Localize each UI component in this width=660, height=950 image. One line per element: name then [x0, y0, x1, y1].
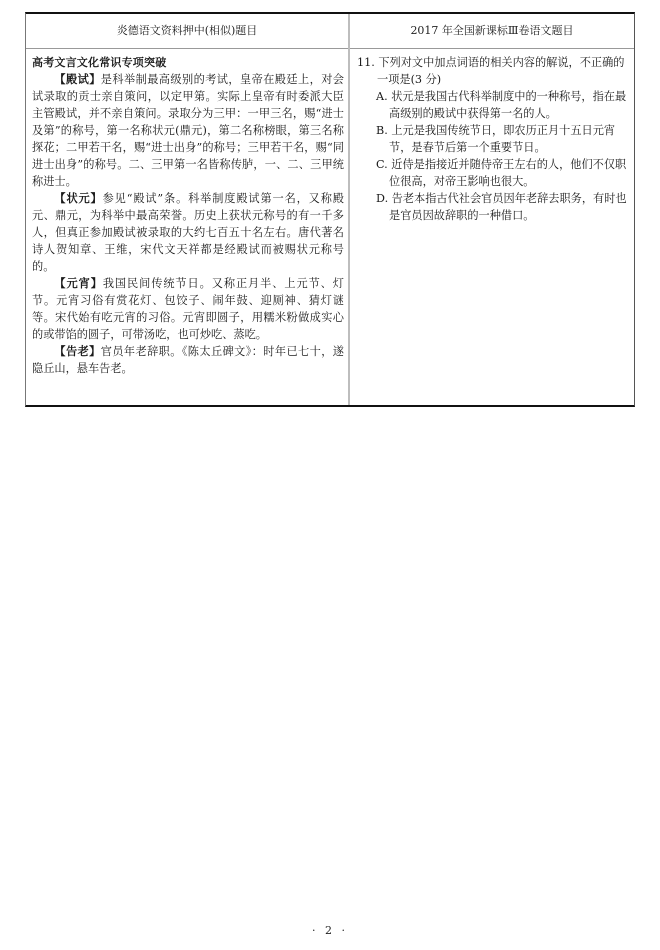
- entry-term: 【元宵】: [54, 277, 102, 290]
- table-header-row: 炎德语文资料押中(相似)题目 2017 年全国新课标Ⅲ卷语文题目: [26, 14, 634, 49]
- option-d: D. 告老本指古代社会官员因年老辞去职务，有时也是官员因故辞职的一种借口。: [357, 190, 629, 224]
- entry-term: 【殿试】: [54, 73, 100, 86]
- entry-yuanxiao: 【元宵】我国民间传统节日。又称正月半、上元节、灯节。元宵习俗有赏花灯、包饺子、闹…: [32, 275, 344, 343]
- entry-zhuangyuan: 【状元】参见“殿试”条。科举制度殿试第一名，又称殿元、鼎元，为科举中最高荣誉。历…: [32, 190, 344, 275]
- section-title: 高考文言文化常识专项突破: [32, 54, 344, 71]
- page-number: · 2 ·: [0, 924, 660, 937]
- option-a: A. 状元是我国古代科举制度中的一种称号，指在最高级别的殿试中获得第一名的人。: [357, 88, 629, 122]
- comparison-table: 炎德语文资料押中(相似)题目 2017 年全国新课标Ⅲ卷语文题目 高考文言文化常…: [25, 12, 635, 407]
- header-right-cell: 2017 年全国新课标Ⅲ卷语文题目: [350, 14, 634, 48]
- column-divider: [348, 14, 350, 405]
- entry-text: 是科举制最高级别的考试，皇帝在殿廷上，对会试录取的贡士亲自策问，以定甲第。实际上…: [32, 73, 344, 188]
- question-stem: 11. 下列对文中加点词语的相关内容的解说，不正确的一项是(3 分): [357, 54, 629, 88]
- entry-gaolao: 【告老】官员年老辞职。《陈太丘碑文》：时年已七十，遂隐丘山，悬车告老。: [32, 343, 344, 377]
- entry-dianshi: 【殿试】是科举制最高级别的考试，皇帝在殿廷上，对会试录取的贡士亲自策问，以定甲第…: [32, 71, 344, 190]
- option-b: B. 上元是我国传统节日，即农历正月十五日元宵节，是春节后第一个重要节日。: [357, 122, 629, 156]
- left-column-content: 高考文言文化常识专项突破 【殿试】是科举制最高级别的考试，皇帝在殿廷上，对会试录…: [32, 54, 344, 377]
- entry-term: 【状元】: [54, 192, 102, 205]
- option-c: C. 近侍是指接近并随侍帝王左右的人，他们不仅职位很高，对帝王影响也很大。: [357, 156, 629, 190]
- header-left-cell: 炎德语文资料押中(相似)题目: [26, 14, 348, 48]
- entry-term: 【告老】: [54, 345, 100, 358]
- right-column-content: 11. 下列对文中加点词语的相关内容的解说，不正确的一项是(3 分) A. 状元…: [357, 54, 629, 224]
